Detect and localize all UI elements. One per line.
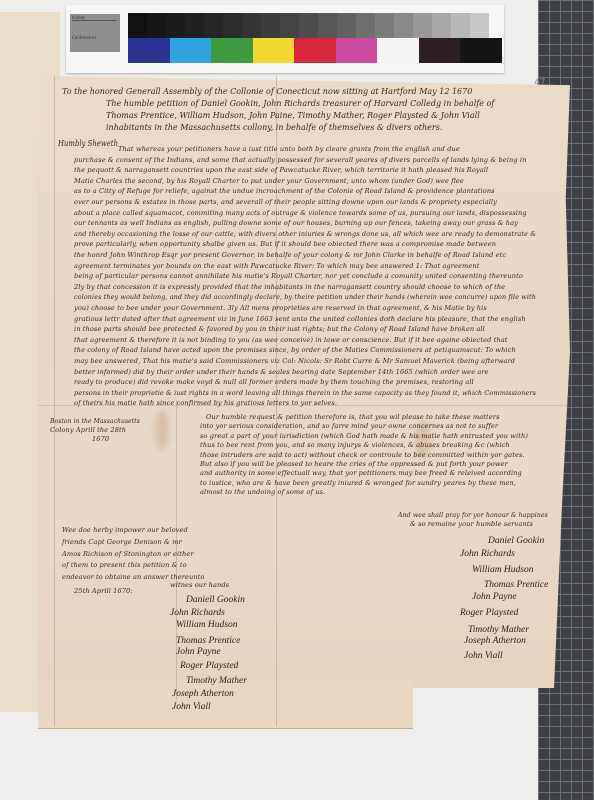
- place-date-line: 1670: [92, 436, 109, 443]
- fold-line-vertical: [54, 76, 55, 726]
- grey-scale-strip: [128, 13, 489, 38]
- power-of-attorney-line: endeavor to obtaine an answer thereunto: [62, 574, 204, 581]
- grey-patch: [432, 13, 451, 38]
- grey-patch: [470, 13, 489, 38]
- body-line: may bee answered, That his matie's said …: [74, 358, 515, 365]
- signature: Thomas Prentice: [176, 637, 240, 647]
- grey-patch: [337, 13, 356, 38]
- request-line: so great a part of your iurisdiction (wh…: [200, 433, 528, 440]
- grey-patch: [375, 13, 394, 38]
- body-line: our tennants as well Indians as english,…: [74, 220, 518, 227]
- grey-patch: [242, 13, 261, 38]
- signature: John Richards: [460, 550, 515, 560]
- heading-line: Thomas Prentice, William Hudson, John Pa…: [106, 112, 480, 120]
- signature: Joseph Atherton: [172, 690, 234, 700]
- body-line: 2ly by that concession it is expressly p…: [74, 284, 505, 291]
- request-line: almost to the undoing of some of us.: [200, 489, 325, 496]
- signature: Timothy Mather: [468, 626, 529, 636]
- request-line: thus to bee rent from you, and so many i…: [200, 442, 510, 449]
- body-line: that agreement & therefore it is not bin…: [74, 337, 508, 344]
- body-line: and thereby occasioning the losse of our…: [74, 231, 536, 238]
- body-line: Matie Charles the second, by his Royall …: [74, 178, 464, 185]
- grey-patch: [413, 13, 432, 38]
- request-line: to iustice, who are & have been greatly …: [200, 480, 516, 487]
- grey-patch: [394, 13, 413, 38]
- body-line: about a place called squamacot, commitin…: [74, 210, 527, 217]
- body-line: That whereas your petitioners have a ius…: [118, 146, 460, 153]
- body-line: better informed) did by their order unde…: [74, 369, 489, 376]
- body-line: agreement terminates yor bounds on the e…: [74, 263, 479, 270]
- body-line: purchase & consent of the Indians, and s…: [74, 157, 526, 164]
- color-patch-strip: [128, 38, 502, 63]
- request-line: Our humble request & petition therefore …: [206, 414, 500, 421]
- body-line: of theirs his matie hath since confirmed…: [74, 400, 337, 407]
- body-line: the honrd John Winthrop Esqr yor present…: [74, 252, 506, 259]
- signature: Joseph Atherton: [464, 637, 526, 647]
- color-patch: [377, 38, 419, 63]
- body-line: in those parts should bee protected & fa…: [74, 326, 485, 333]
- heading-line: The humble petition of Daniel Gookin, Jo…: [106, 100, 494, 108]
- body-line: being of particular persons cannot annih…: [74, 273, 523, 280]
- grey-patch: [128, 13, 147, 38]
- grey-patch: [280, 13, 299, 38]
- request-line: and authority in some effectuall way, th…: [200, 470, 522, 477]
- place-date-line: Colony Aprill the 28th: [50, 427, 126, 434]
- power-of-attorney-line: Amos Richison of Stonington or either: [62, 551, 194, 558]
- power-of-attorney-line: of them to present this petition & to: [62, 562, 187, 569]
- grey-patch: [451, 13, 470, 38]
- signature: Timothy Mather: [186, 677, 247, 687]
- grey-patch: [223, 13, 242, 38]
- body-line: the pequott & narragansett countries upo…: [74, 167, 488, 174]
- color-patch: [211, 38, 253, 63]
- color-patch: [419, 38, 461, 63]
- place-date-line: Boston in the Massachusetts: [50, 418, 140, 425]
- signature: John Richards: [170, 609, 225, 619]
- heading-line: inhabitants in the Massachusetts collony…: [106, 124, 442, 132]
- body-line: as to a Citty of Refuge for reliefe, aga…: [74, 188, 495, 195]
- color-reference-card: Inches Centimetres: [66, 5, 504, 73]
- signature: Roger Playsted: [180, 662, 238, 672]
- power-of-attorney-line: Wee doe herby impower our beloved: [62, 527, 188, 534]
- color-patch: [294, 38, 336, 63]
- grey-patch: [318, 13, 337, 38]
- request-line: those intruders are said to act) without…: [200, 452, 525, 459]
- grey-patch: [261, 13, 280, 38]
- heading-line: To the honored Generall Assembly of the …: [62, 88, 472, 96]
- grey-patch: [299, 13, 318, 38]
- body-line: over our persons & estates in those part…: [74, 199, 497, 206]
- grey-patch: [166, 13, 185, 38]
- ruler-centimetres-label: Centimetres: [72, 35, 97, 40]
- witness-label: witnes our hands: [170, 582, 229, 589]
- signature: John Payne: [176, 648, 221, 658]
- signature: William Hudson: [472, 566, 534, 576]
- signature: Thomas Prentice: [484, 581, 548, 591]
- signature: William Hudson: [176, 621, 238, 631]
- body-line: ready to produce) did revoke make voyd &…: [74, 379, 474, 386]
- grey-patch: [185, 13, 204, 38]
- body-line: you) choose to bee under your Government…: [74, 305, 487, 312]
- signature: Daniel Gookin: [488, 537, 544, 547]
- color-patch: [336, 38, 378, 63]
- folio-number: 47: [534, 78, 545, 88]
- body-line: persons in their proprietie & iust right…: [74, 390, 536, 397]
- manuscript-lower-edge: [38, 680, 413, 729]
- signature: John Viall: [172, 703, 211, 713]
- salutation: Humbly Sheweth: [58, 140, 118, 148]
- attorney-date: 25th Aprill 1670:: [74, 588, 133, 595]
- body-line: the colony of Road Island have acted upo…: [74, 347, 516, 354]
- closing-line: And wee shall pray for yor honour & happ…: [398, 512, 548, 519]
- grey-patch: [147, 13, 166, 38]
- water-stain: [155, 410, 169, 450]
- closing-line: & so remaine your humble servants: [410, 521, 533, 528]
- body-line: prove particularly, when opportunity sha…: [74, 241, 496, 248]
- signature: Daniell Gookin: [186, 596, 245, 606]
- color-patch: [128, 38, 170, 63]
- request-line: But also if you will be pleased to heare…: [200, 461, 508, 468]
- ruler-ticks: [72, 20, 116, 27]
- color-patch: [253, 38, 295, 63]
- signature: John Payne: [472, 593, 517, 603]
- body-line: gratious lettr dated after that agreemen…: [74, 316, 526, 323]
- body-line: colonies they would belong, and they did…: [74, 294, 536, 301]
- signature: Roger Playsted: [460, 609, 518, 619]
- color-patch: [170, 38, 212, 63]
- request-line: into yor serious consideration, and so f…: [200, 423, 498, 430]
- signature: John Viall: [464, 652, 503, 662]
- grey-patch: [204, 13, 223, 38]
- scale-ruler: Inches Centimetres: [70, 14, 120, 52]
- color-patch: [460, 38, 502, 63]
- power-of-attorney-line: friends Capt George Denison & mr: [62, 539, 182, 546]
- grey-patch: [356, 13, 375, 38]
